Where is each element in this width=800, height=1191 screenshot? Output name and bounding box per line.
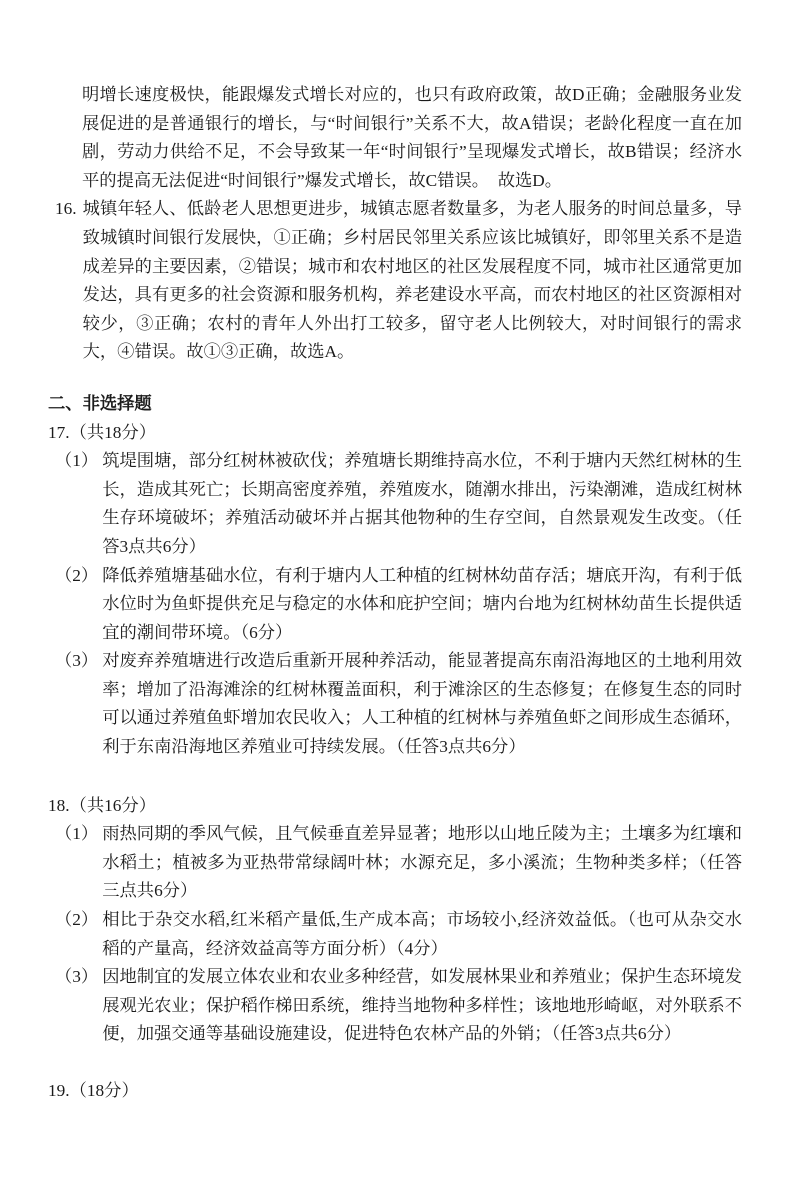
q17-part-3-text: 对废弃养殖塘进行改造后重新开展种养活动，能显著提高东南沿海地区的土地利用效率；增… bbox=[102, 647, 742, 761]
q18-part-3-label: （3） bbox=[55, 963, 102, 1049]
question-19-answer: 19.（18分） bbox=[48, 1077, 742, 1106]
answer-item-16: 16. 城镇年轻人、低龄老人思想更进步，城镇志愿者数量多，为老人服务的时间总量多… bbox=[55, 195, 742, 367]
q18-part-3: （3） 因地制宜的发展立体农业和农业多种经营，如发展林果业和养殖业；保护生态环境… bbox=[55, 963, 742, 1049]
q17-part-2-label: （2） bbox=[55, 562, 102, 648]
q17-part-2: （2） 降低养殖塘基础水位，有利于塘内人工种植的红树林幼苗存活；塘底开沟，有利于… bbox=[55, 562, 742, 648]
q18-part-1-label: （1） bbox=[55, 820, 102, 906]
item-16-number: 16. bbox=[55, 195, 83, 367]
answer-15-continuation-paragraph: 明增长速度极快，能跟爆发式增长对应的，也只有政府政策，故D正确；金融服务业发展促… bbox=[82, 81, 742, 195]
question-17-title: 17.（共18分） bbox=[48, 419, 742, 448]
q18-part-1: （1） 雨热同期的季风气候，且气候垂直差异显著；地形以山地丘陵为主；土壤多为红壤… bbox=[55, 820, 742, 906]
exam-answer-page: 明增长速度极快，能跟爆发式增长对应的，也只有政府政策，故D正确；金融服务业发展促… bbox=[0, 0, 800, 1191]
q17-part-1-label: （1） bbox=[55, 447, 102, 561]
section-2-heading: 二、非选择题 bbox=[48, 390, 742, 419]
q18-part-1-text: 雨热同期的季风气候，且气候垂直差异显著；地形以山地丘陵为主；土壤多为红壤和水稻土… bbox=[102, 820, 742, 906]
q18-part-2-label: （2） bbox=[55, 906, 102, 963]
q17-part-3: （3） 对废弃养殖塘进行改造后重新开展种养活动，能显著提高东南沿海地区的土地利用… bbox=[55, 647, 742, 761]
question-18-title: 18.（共16分） bbox=[48, 792, 742, 821]
q18-part-3-text: 因地制宜的发展立体农业和农业多种经营，如发展林果业和养殖业；保护生态环境发展观光… bbox=[102, 963, 742, 1049]
q18-part-2-text: 相比于杂交水稻,红米稻产量低,生产成本高；市场较小,经济效益低。（也可从杂交水稻… bbox=[102, 906, 742, 963]
q17-part-3-label: （3） bbox=[55, 647, 102, 761]
page-content: 明增长速度极快，能跟爆发式增长对应的，也只有政府政策，故D正确；金融服务业发展促… bbox=[48, 81, 742, 1106]
item-16-text: 城镇年轻人、低龄老人思想更进步，城镇志愿者数量多，为老人服务的时间总量多，导致城… bbox=[83, 195, 742, 367]
q18-part-2: （2） 相比于杂交水稻,红米稻产量低,生产成本高；市场较小,经济效益低。（也可从… bbox=[55, 906, 742, 963]
question-18-answer: 18.（共16分） （1） 雨热同期的季风气候，且气候垂直差异显著；地形以山地丘… bbox=[48, 792, 742, 1049]
q17-part-2-text: 降低养殖塘基础水位，有利于塘内人工种植的红树林幼苗存活；塘底开沟，有利于低水位时… bbox=[102, 562, 742, 648]
question-17-answer: 17.（共18分） （1） 筑堤围塘，部分红树林被砍伐；养殖塘长期维持高水位，不… bbox=[48, 419, 742, 762]
question-19-title: 19.（18分） bbox=[48, 1077, 742, 1106]
q17-part-1-text: 筑堤围塘，部分红树林被砍伐；养殖塘长期维持高水位，不利于塘内天然红树林的生长，造… bbox=[102, 447, 742, 561]
q17-part-1: （1） 筑堤围塘，部分红树林被砍伐；养殖塘长期维持高水位，不利于塘内天然红树林的… bbox=[55, 447, 742, 561]
